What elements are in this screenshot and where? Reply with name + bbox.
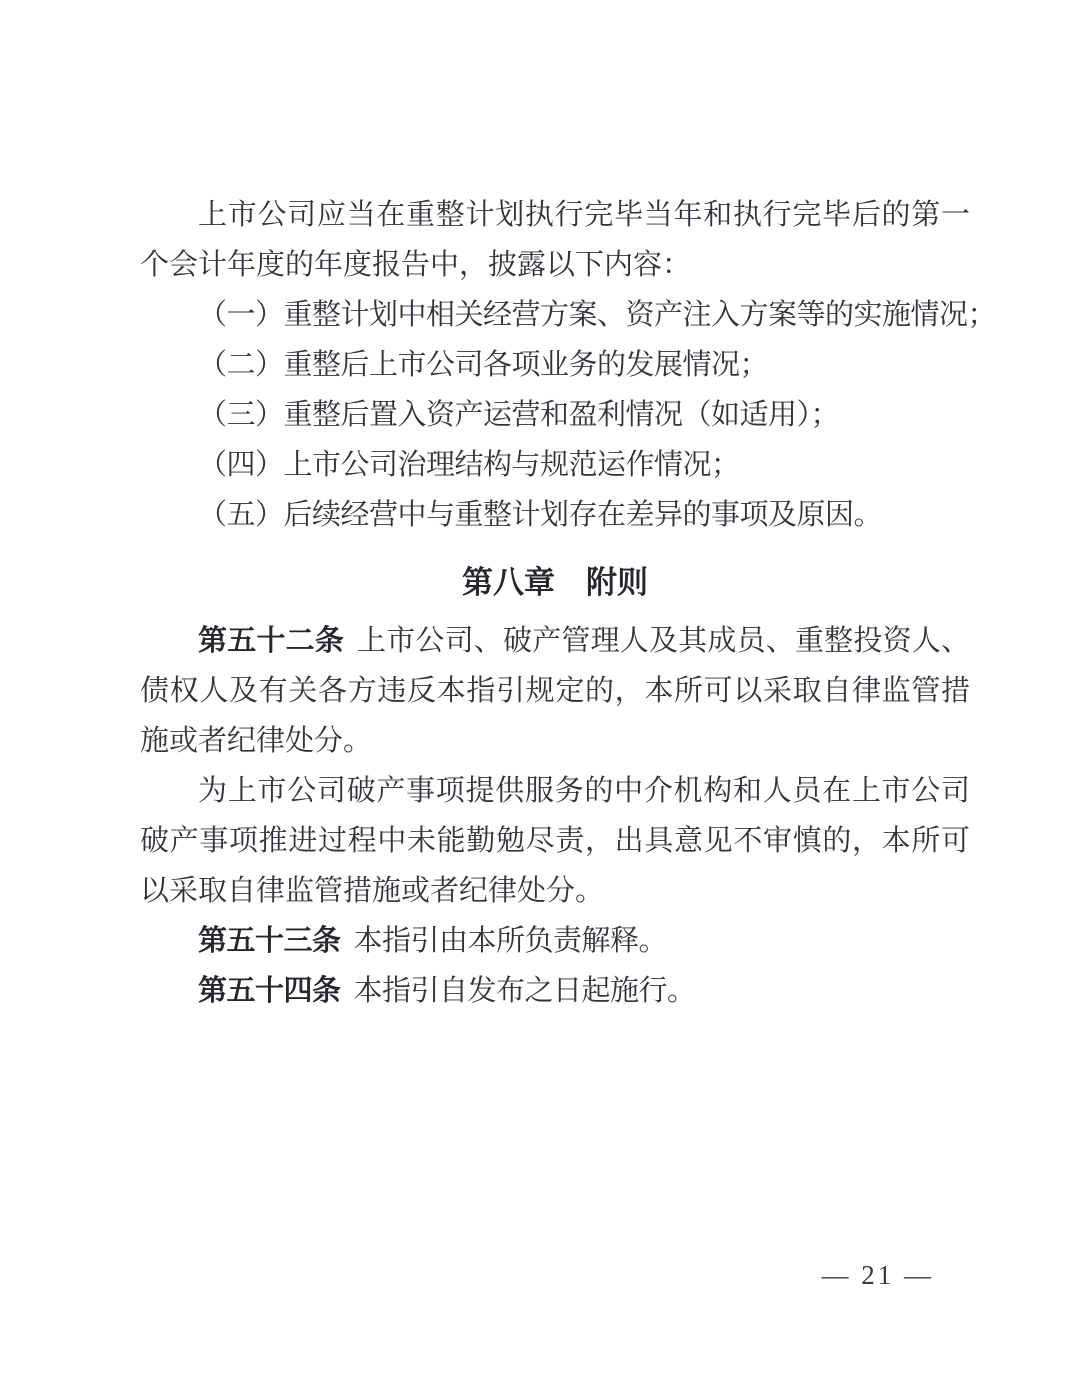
intermediaries-paragraph: 为上市公司破产事项提供服务的中介机构和人员在上市公司破产事项推进过程中未能勤勉尽… [140,766,970,916]
document-page: 上市公司应当在重整计划执行完毕当年和执行完毕后的第一个会计年度的年度报告中，披露… [0,0,1080,1398]
intro-paragraph: 上市公司应当在重整计划执行完毕当年和执行完毕后的第一个会计年度的年度报告中，披露… [140,190,970,290]
article-53-text: 本指引由本所负责解释。 [354,925,668,957]
list-item-1: （一）重整计划中相关经营方案、资产注入方案等的实施情况； [140,290,970,340]
list-item-2: （二）重整后上市公司各项业务的发展情况； [140,340,970,390]
list-item-5: （五）后续经营中与重整计划存在差异的事项及原因。 [140,490,970,540]
article-54-label: 第五十四条 [198,975,341,1007]
page-number: — 21 — [822,1258,935,1292]
list-item-4: （四）上市公司治理结构与规范运作情况； [140,440,970,490]
document-content: 上市公司应当在重整计划执行完毕当年和执行完毕后的第一个会计年度的年度报告中，披露… [140,190,970,1016]
article-53-label: 第五十三条 [198,925,341,957]
article-54-text: 本指引自发布之日起施行。 [354,975,696,1007]
article-53-paragraph: 第五十三条本指引由本所负责解释。 [140,916,970,966]
list-item-3: （三）重整后置入资产运营和盈利情况（如适用）； [140,390,970,440]
article-52-paragraph: 第五十二条上市公司、破产管理人及其成员、重整投资人、债权人及有关各方违反本指引规… [140,616,970,766]
article-52-label: 第五十二条 [198,625,344,657]
chapter-heading: 第八章 附则 [140,558,970,608]
article-54-paragraph: 第五十四条本指引自发布之日起施行。 [140,966,970,1016]
